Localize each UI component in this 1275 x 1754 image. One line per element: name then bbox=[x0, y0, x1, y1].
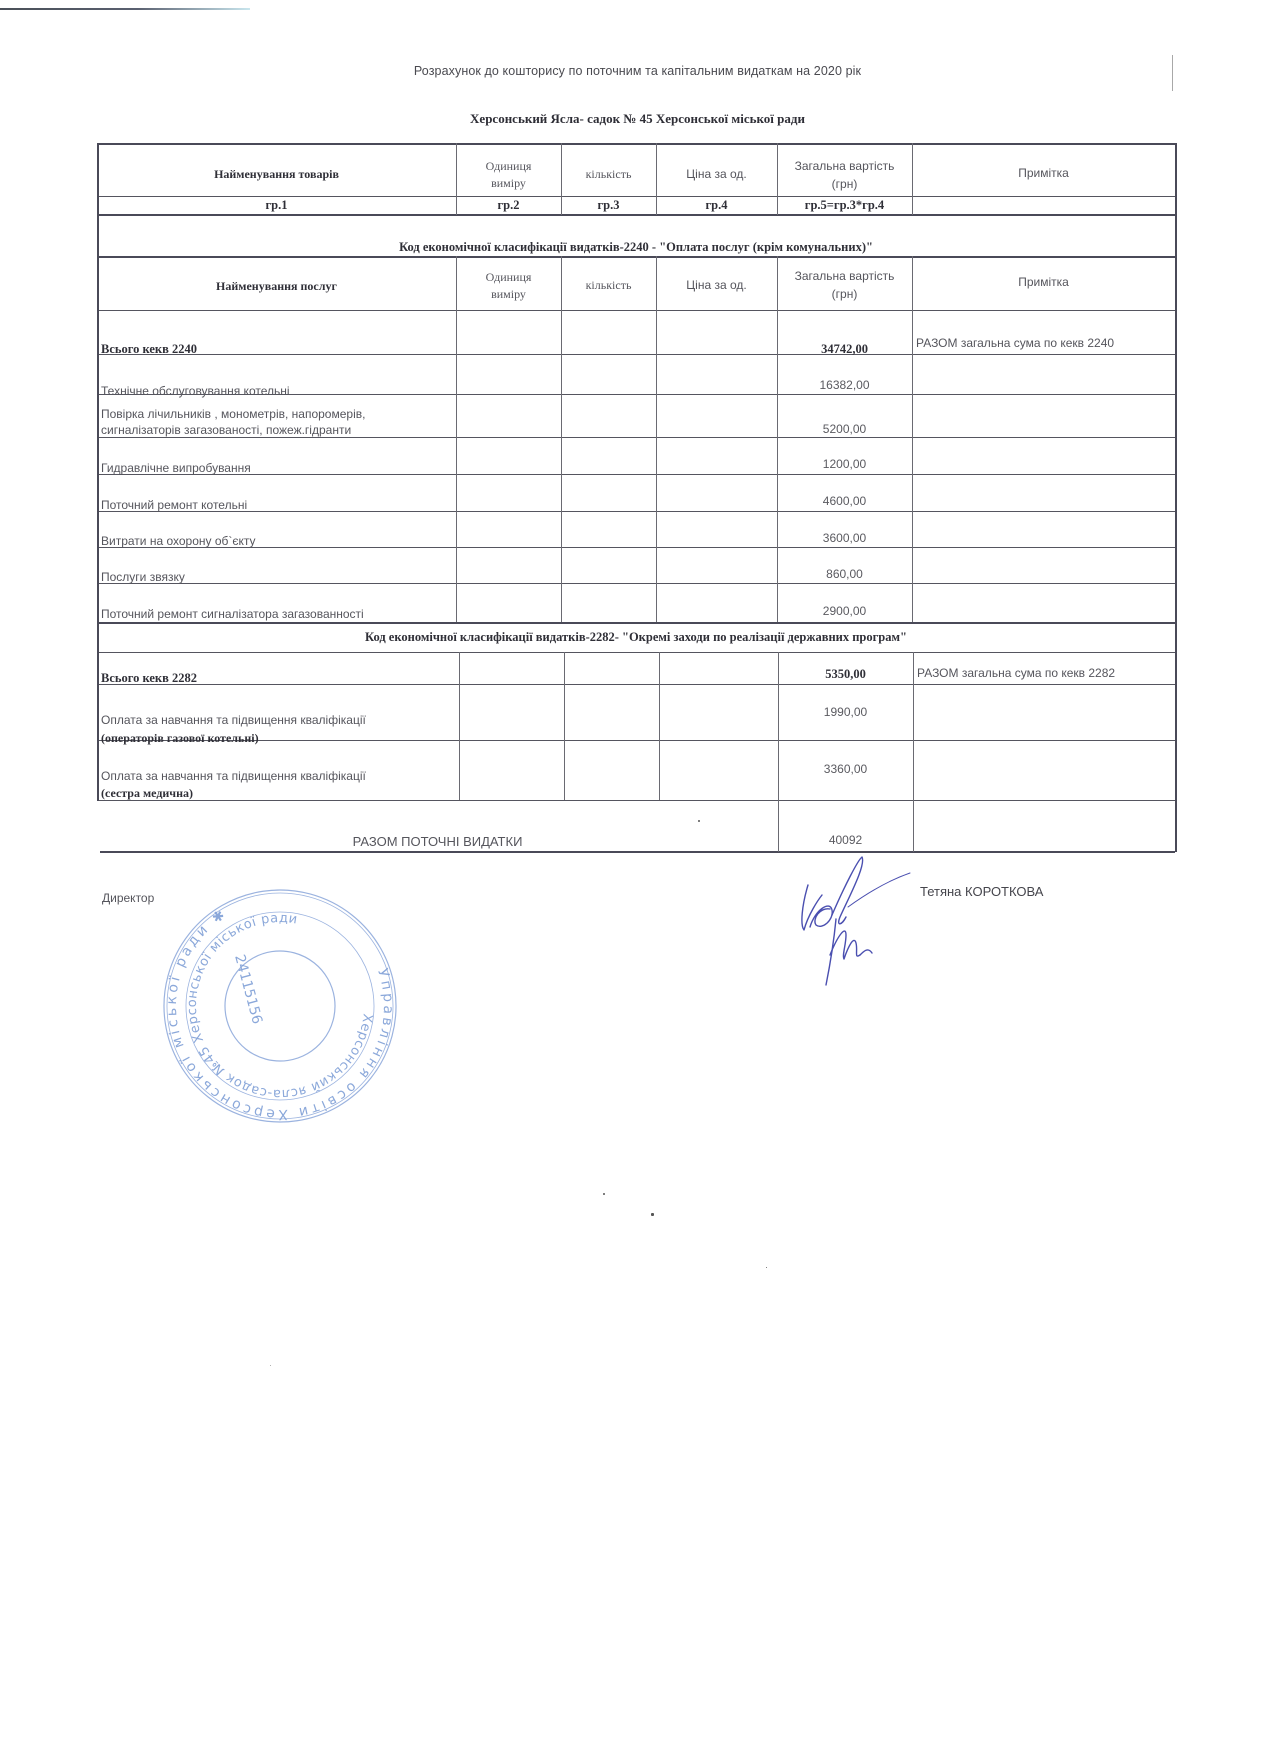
row-amount: 2900,00 bbox=[777, 604, 912, 619]
row-amount: 1990,00 bbox=[778, 705, 913, 720]
row-name-detail: (сестра медична) bbox=[101, 786, 193, 801]
col-number-3: гр.3 bbox=[561, 198, 656, 213]
row-name: Поточний ремонт сигналізатора загазованн… bbox=[101, 607, 364, 622]
row-amount: 3600,00 bbox=[777, 531, 912, 546]
col-header-price: Ціна за од. bbox=[656, 167, 777, 182]
col-number-4: гр.4 bbox=[656, 198, 777, 213]
row-amount: 1200,00 bbox=[777, 457, 912, 472]
row-name: Оплата за навчання та підвищення кваліфі… bbox=[101, 713, 366, 728]
document-title: Розрахунок до кошторису по поточним та к… bbox=[0, 64, 1275, 78]
row-amount: 34742,00 bbox=[777, 342, 912, 357]
row-name-continued: сигналізаторів загазованості, пожеж.гідр… bbox=[101, 423, 351, 438]
row-amount: 860,00 bbox=[777, 567, 912, 582]
row-name: Гидравлічне випробування bbox=[101, 461, 251, 476]
row-amount: 5200,00 bbox=[777, 422, 912, 437]
row-note: РАЗОМ загальна сума по кекв 2282 bbox=[917, 666, 1115, 681]
row-amount: 4600,00 bbox=[777, 494, 912, 509]
organization-title: Херсонський Ясла- садок № 45 Херсонської… bbox=[0, 111, 1275, 127]
row-name-detail: (операторів газової котельні) bbox=[101, 731, 259, 746]
col-number-1: гр.1 bbox=[97, 198, 456, 213]
scan-speck bbox=[698, 820, 700, 822]
row-name: Всього кекв 2240 bbox=[101, 342, 197, 357]
row-name: Повірка лічильників , монометрів, напоро… bbox=[101, 407, 365, 422]
scan-speck bbox=[766, 1267, 767, 1268]
col-header-unit: Одиницявиміру bbox=[456, 158, 561, 192]
signer-name: Тетяна КОРОТКОВА bbox=[920, 884, 1043, 899]
col-header-unit: Одиницявиміру bbox=[456, 269, 561, 303]
col-header-total: Загальна вартість(грн) bbox=[777, 267, 912, 303]
col-number-5: гр.5=гр.3*гр.4 bbox=[777, 198, 912, 213]
row-amount: 16382,00 bbox=[777, 378, 912, 393]
col-header-quantity: кількість bbox=[561, 167, 656, 182]
row-note: РАЗОМ загальна сума по кекв 2240 bbox=[916, 336, 1114, 351]
scan-speck bbox=[270, 1365, 271, 1366]
grand-total-amount: 40092 bbox=[778, 833, 913, 848]
scan-edge-line bbox=[0, 8, 250, 10]
col-header-quantity: кількість bbox=[561, 278, 656, 293]
row-amount: 3360,00 bbox=[778, 762, 913, 777]
section-2240-title: Код економічної класифікації видатків-22… bbox=[97, 240, 1175, 255]
director-label: Директор bbox=[102, 891, 154, 905]
row-name: Технічне обслуговування котельні bbox=[101, 384, 290, 399]
col-header-price: Ціна за од. bbox=[656, 278, 777, 293]
col-header-note: Примітка bbox=[912, 275, 1175, 290]
svg-text:24115156: 24115156 bbox=[231, 953, 265, 1026]
scan-speck bbox=[603, 1193, 605, 1195]
row-name: Послуги звязку bbox=[101, 570, 185, 585]
official-stamp: Управління освіти Херсонської міської ра… bbox=[160, 886, 400, 1126]
col-number-2: гр.2 bbox=[456, 198, 561, 213]
grand-total-label: РАЗОМ ПОТОЧНІ ВИДАТКИ bbox=[97, 834, 778, 849]
row-name: Оплата за навчання та підвищення кваліфі… bbox=[101, 769, 366, 784]
row-name: Всього кекв 2282 bbox=[101, 671, 197, 686]
row-amount: 5350,00 bbox=[778, 667, 913, 682]
col-header-note: Примітка bbox=[912, 166, 1175, 181]
col-header-service-name: Найменування послуг bbox=[97, 279, 456, 294]
row-name: Витрати на охорону об`єкту bbox=[101, 534, 256, 549]
col-header-goods-name: Найменування товарів bbox=[97, 167, 456, 182]
col-header-total: Загальна вартість(грн) bbox=[777, 157, 912, 193]
scan-speck bbox=[651, 1213, 654, 1216]
section-2282-title: Код економічної класифікації видатків-22… bbox=[97, 630, 1175, 645]
row-name: Поточний ремонт котельні bbox=[101, 498, 247, 513]
director-signature bbox=[790, 855, 920, 990]
